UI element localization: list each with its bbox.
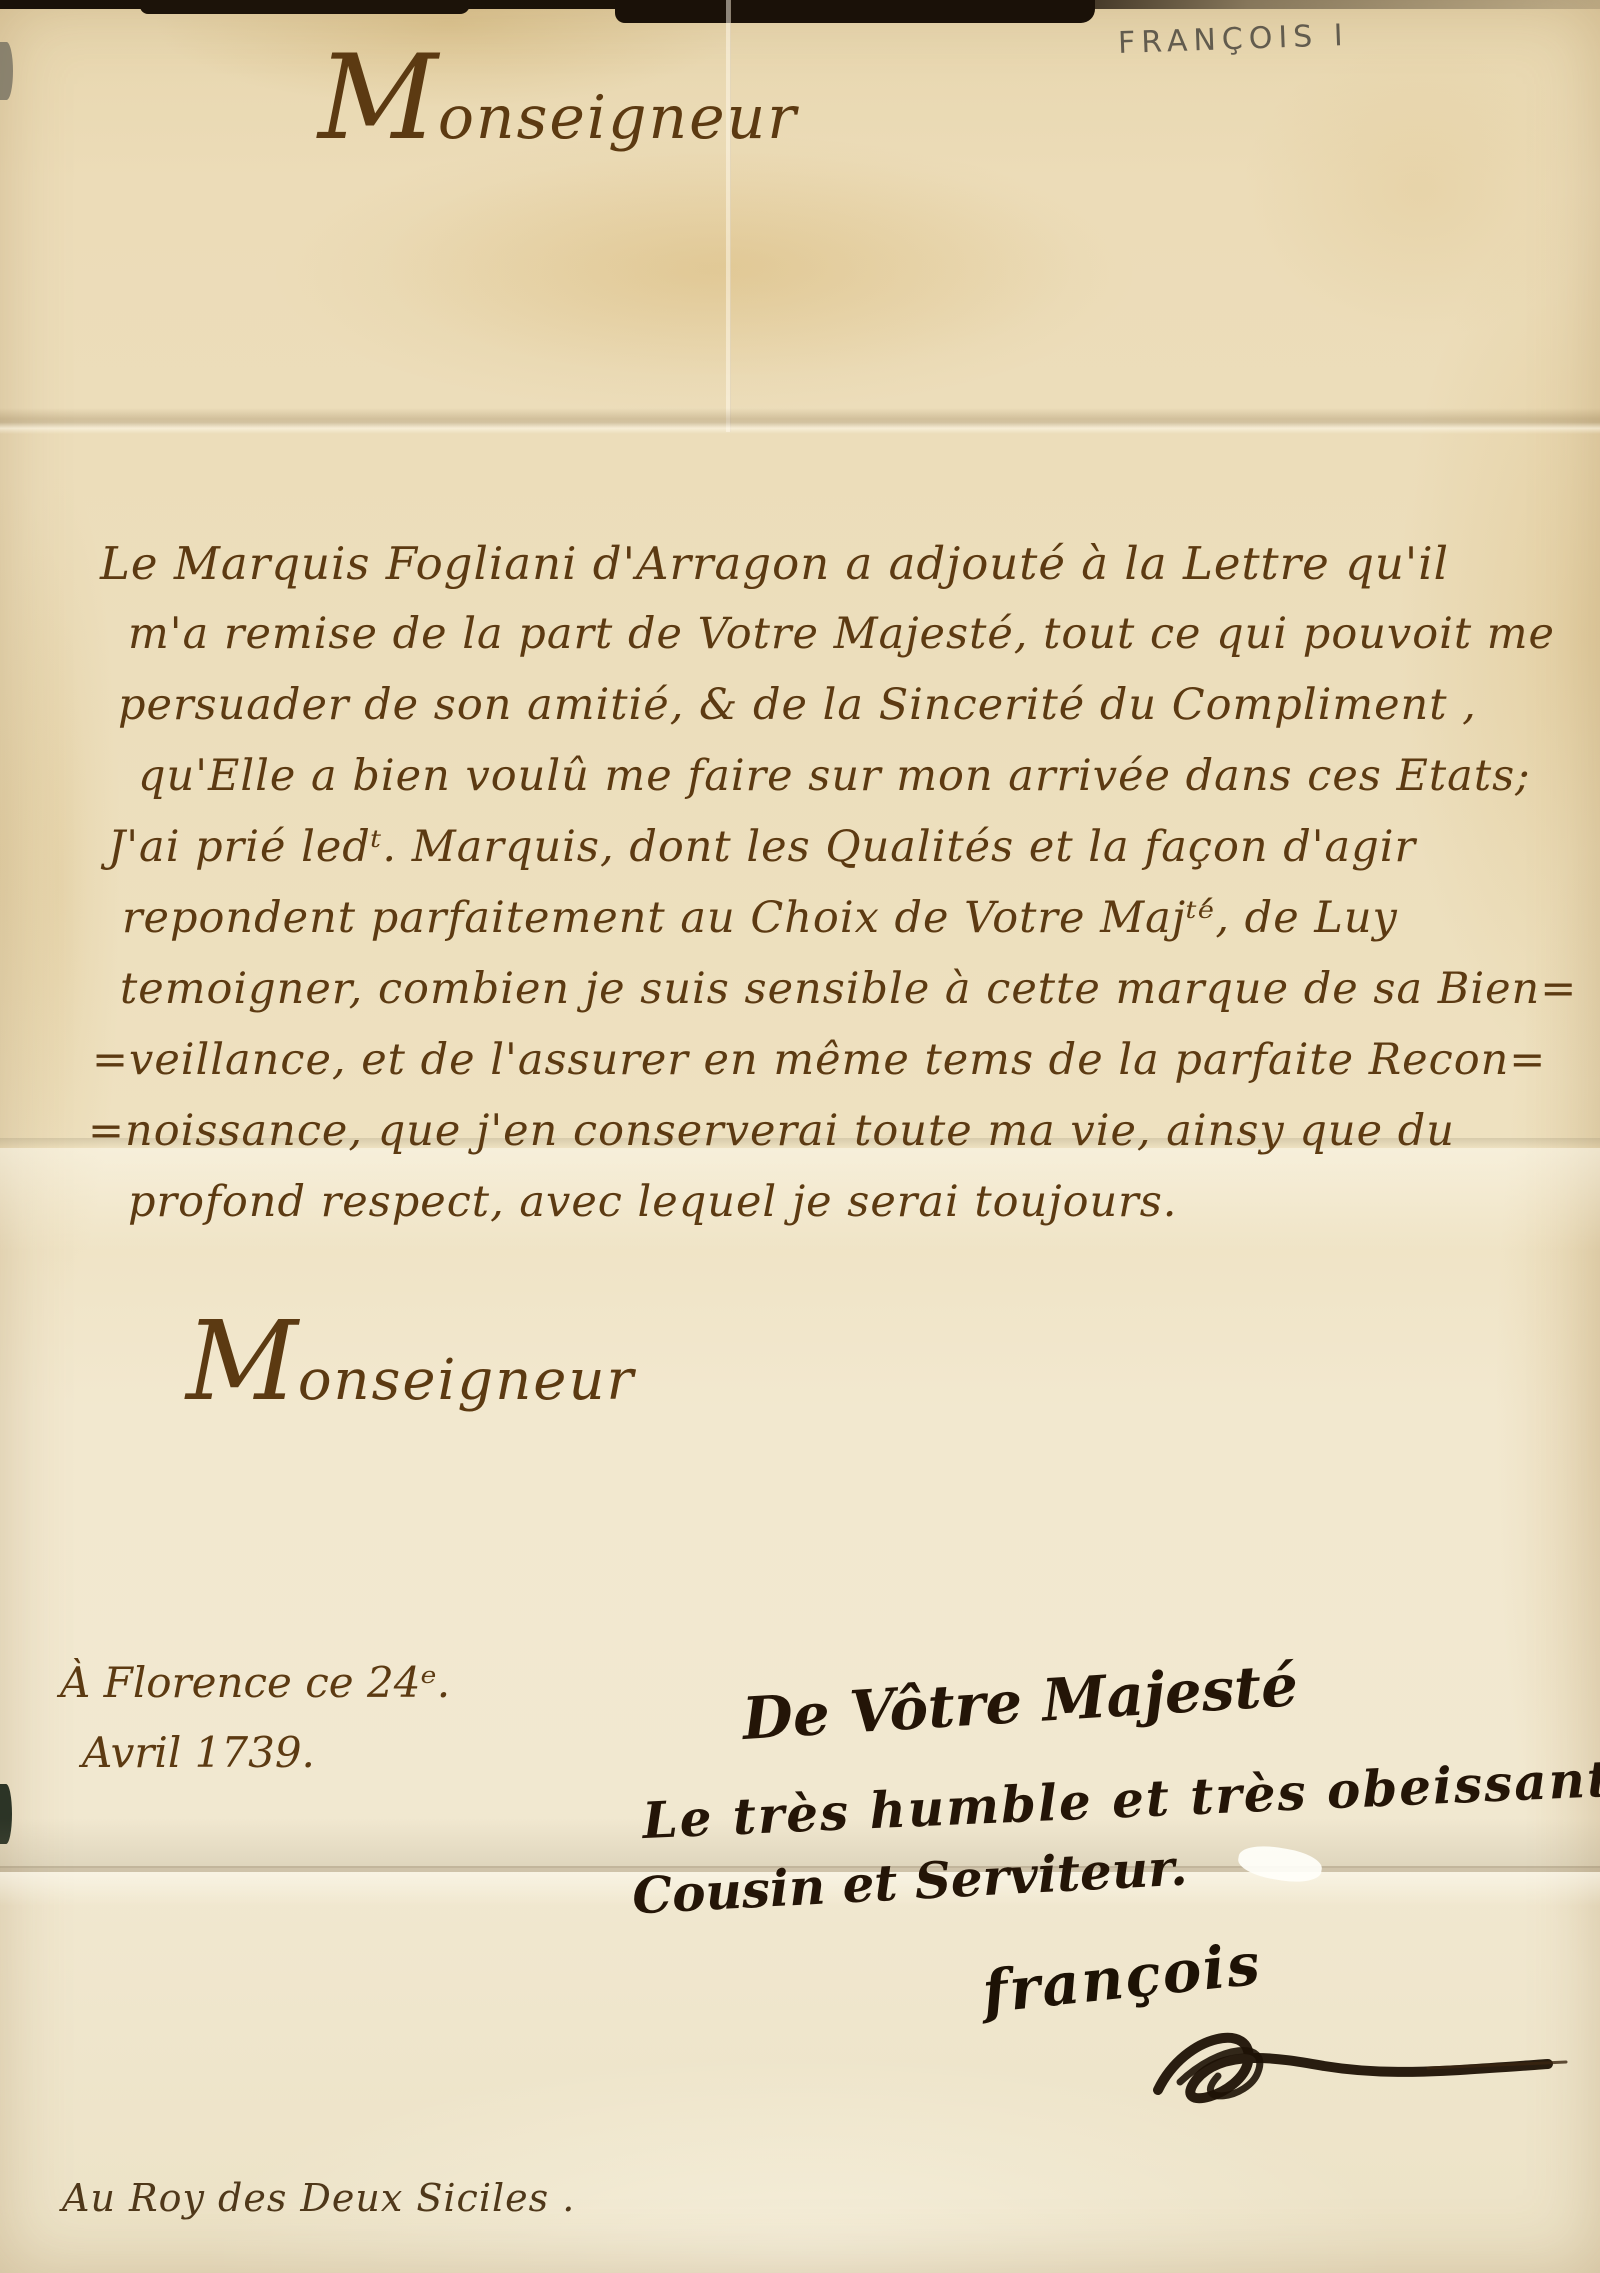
body-line: =noissance, que j'en conserverai toute m… <box>88 1096 1600 1167</box>
closing-line-1: De Vôtre Majesté <box>740 1651 1299 1753</box>
body-line: Le Marquis Fogliani d'Arragon a adjouté … <box>100 528 1600 599</box>
vertical-fold-crease <box>726 0 731 432</box>
paper-stain <box>1240 40 1600 340</box>
salutation: Monseigneur <box>318 66 798 153</box>
body-line: persuader de son amitié, & de la Sinceri… <box>118 670 1600 741</box>
pencil-annotation: FRANÇOIS I <box>1117 18 1349 61</box>
torn-top-edge-blob2 <box>140 0 470 14</box>
letter-body: Le Marquis Fogliani d'Arragon a adjouté … <box>0 528 1600 1238</box>
body-line: repondent parfaitement au Choix de Votre… <box>122 883 1600 954</box>
signature-paraph-flourish <box>1128 2018 1568 2128</box>
body-line: profond respect, avec lequel je serai to… <box>128 1167 1600 1238</box>
address-line: Au Roy des Deux Siciles . <box>62 2176 575 2220</box>
dateline: À Florence ce 24ᵉ. Avril 1739. <box>60 1648 450 1788</box>
letter-page: FRANÇOIS I Monseigneur Le Marquis Foglia… <box>0 0 1600 2273</box>
signature: françois <box>979 1930 1265 2027</box>
body-line: qu'Elle a bien voulû me faire sur mon ar… <box>138 741 1600 812</box>
body-line: temoigner, combien je suis sensible à ce… <box>120 954 1600 1025</box>
body-line: J'ai prié ledᵗ. Marquis, dont les Qualit… <box>108 812 1600 883</box>
dateline-date: Avril 1739. <box>82 1718 450 1788</box>
horizontal-fold-crease-1 <box>0 408 1600 434</box>
body-line: =veillance, et de l'assurer en même tems… <box>92 1025 1600 1096</box>
body-line: m'a remise de la part de Votre Majesté, … <box>128 599 1600 670</box>
second-salutation: Monseigneur <box>186 1332 635 1413</box>
torn-top-edge-blob <box>615 0 1095 23</box>
left-edge-notch-top <box>0 42 13 100</box>
dateline-place: À Florence ce 24ᵉ. <box>60 1648 450 1718</box>
